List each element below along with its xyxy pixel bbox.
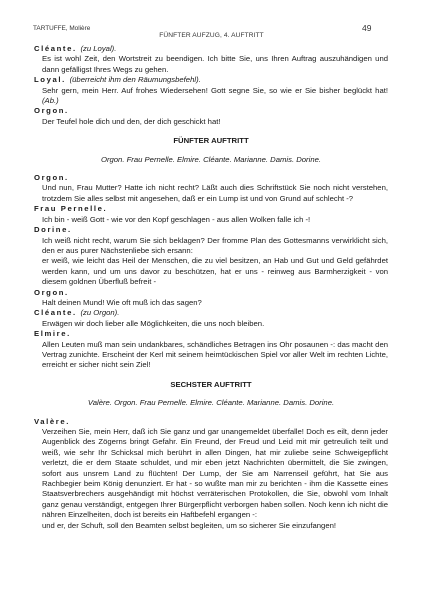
- running-header-center: FÜNFTER AUFZUG, 4. AUFTRITT: [0, 32, 423, 39]
- speech-text: und er, der Schuft, soll den Beamten sel…: [42, 521, 388, 531]
- speech-text: Und nun, Frau Mutter? Hatte ich nicht re…: [42, 183, 388, 204]
- stage-direction: (Ab.): [42, 96, 59, 105]
- speech-text: Verzeihen Sie, mein Herr, daß ich Sie ga…: [42, 427, 388, 521]
- speaker-name: Dorine.: [34, 225, 388, 235]
- running-header-left: TARTUFFE, Molière: [33, 25, 90, 32]
- speech-text: er weiß, wie leicht das Heil der Mensche…: [42, 256, 388, 287]
- speaker-name: Loyal. (überreicht ihm den Räumungsbefeh…: [34, 75, 388, 85]
- speaker-name: Valère.: [34, 417, 388, 427]
- speaker-name: Cléante. (zu Orgon).: [34, 308, 388, 318]
- stage-direction: (überreicht ihm den Räumungsbefehl).: [70, 75, 201, 84]
- speech-text: Sehr gern, mein Herr. Auf frohes Wieders…: [42, 86, 388, 107]
- cast-list: Valère. Orgon. Frau Pernelle. Elmire. Cl…: [34, 398, 388, 408]
- speaker-name: Orgon.: [34, 173, 388, 183]
- speech-text: Ich weiß nicht recht, warum Sie sich bek…: [42, 236, 388, 257]
- stage-direction: (zu Orgon).: [80, 308, 119, 317]
- stage-direction: (zu Loyal).: [80, 44, 116, 53]
- speaker-name: Orgon.: [34, 106, 388, 116]
- speaker-name: Frau Pernelle.: [34, 204, 388, 214]
- page-body: Cléante. (zu Loyal). Es ist wohl Zeit, d…: [34, 44, 388, 531]
- speaker-name: Elmire.: [34, 329, 388, 339]
- scene-title: SECHSTER AUFTRITT: [34, 380, 388, 390]
- speech-text: Erwägen wir doch lieber alle Möglichkeit…: [42, 319, 388, 329]
- speaker-name: Orgon.: [34, 288, 388, 298]
- speech-text: Es ist wohl Zeit, den Wortstreit zu been…: [42, 54, 388, 75]
- speech-text: Der Teufel hole dich und den, der dich g…: [42, 117, 388, 127]
- cast-list: Orgon. Frau Pernelle. Elmire. Cléante. M…: [34, 155, 388, 165]
- speaker-name: Cléante. (zu Loyal).: [34, 44, 388, 54]
- speech-text: Halt deinen Mund! Wie oft muß ich das sa…: [42, 298, 388, 308]
- scene-title: FÜNFTER AUFTRITT: [34, 136, 388, 146]
- speech-text: Allen Leuten muß man sein undankbares, s…: [42, 340, 388, 371]
- speech-text: Ich bin - weiß Gott - wie vor den Kopf g…: [42, 215, 388, 225]
